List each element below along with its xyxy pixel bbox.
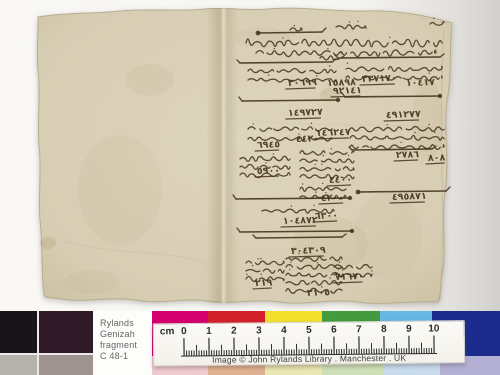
label-line: C 48-1 [100, 351, 152, 362]
handwritten-numeral: ٧١٦٧٠ [335, 271, 364, 283]
handwritten-numeral: ٢٧٨٦ [396, 149, 420, 161]
label-line: Rylands [100, 318, 152, 329]
handwritten-numeral: ١٠٤١٧ [406, 77, 436, 89]
handwritten-numeral: ٢١٩ [255, 277, 273, 289]
grayscale-patches [0, 311, 93, 375]
digitised-manuscript-photograph: ٢٠٦٩٩١٥٨٩٨٩٢١٤١٢٣٧١٧٠١٠٤١٧١٤٩٧٢٧٤٩١٢٧٧٦٩… [0, 0, 500, 375]
handwritten-numeral: ٣٠٤٣٠٩ [291, 245, 326, 257]
ruler-number: 7 [356, 324, 362, 335]
manuscript-bifolium: ٢٠٦٩٩١٥٨٩٨٩٢١٤١٢٣٧١٧٠١٠٤١٧١٤٩٧٢٧٤٩١٢٧٧٦٩… [0, 0, 500, 312]
fold-crease [206, 8, 238, 303]
handwritten-numeral: ٥٩٠٠ [257, 165, 281, 177]
ruler-number: 6 [331, 324, 337, 335]
handwritten-numeral: ٦٩٤٥ [257, 139, 281, 151]
ruler-number: 5 [306, 325, 312, 336]
ruler-number: 10 [428, 323, 439, 334]
handwritten-numeral: ٨٠٨ [428, 152, 446, 164]
gray-patch [0, 355, 37, 375]
handwritten-numeral: ٢١٠٥ [307, 287, 331, 299]
handwritten-numeral: ٢٣٧١٧٠ [362, 73, 397, 85]
gray-patch [39, 355, 93, 375]
ruler-number: 1 [206, 326, 212, 337]
ruler-number: 2 [231, 326, 237, 337]
ruler-unit: cm [160, 326, 175, 337]
handwritten-numeral: ٦٣٠٠ [315, 210, 339, 222]
handwritten-numeral: ١٤٩٧٢٧ [288, 107, 323, 119]
ruler-number: 8 [381, 324, 387, 335]
label-line: fragment [100, 340, 152, 351]
handwritten-numeral: ١٠٤٨٧٢ [283, 215, 318, 227]
handwritten-numeral: ٢٠٦٩٩ [288, 77, 318, 89]
gray-patch [39, 311, 93, 353]
ruler-number: 4 [281, 325, 287, 336]
cm-ruler: cm 012345678910 Image © John Rylands Lib… [153, 320, 465, 366]
ruler-number: 3 [256, 325, 262, 336]
handwritten-numeral: ٩٢١٤١ [333, 85, 362, 97]
handwritten-numeral: ٤٤٠٠ [329, 174, 353, 186]
label-line: Genizah [100, 329, 152, 340]
handwritten-numeral: ٤٩١٢٧٧ [386, 109, 421, 121]
handwritten-numeral: ١٤٦٢٤٧ [316, 127, 351, 139]
ruler-number: 9 [406, 324, 412, 335]
ruler-number: 0 [181, 326, 187, 337]
handwritten-numeral: ٤٢٠٠ [321, 192, 345, 204]
shelfmark-label: Rylands Genizah fragment C 48-1 [93, 311, 152, 375]
handwritten-numeral: ٤٩٥٨٧١ [392, 191, 427, 203]
gray-patch [0, 311, 37, 353]
copyright-text: Image © John Rylands Library . Mancheste… [174, 352, 444, 365]
